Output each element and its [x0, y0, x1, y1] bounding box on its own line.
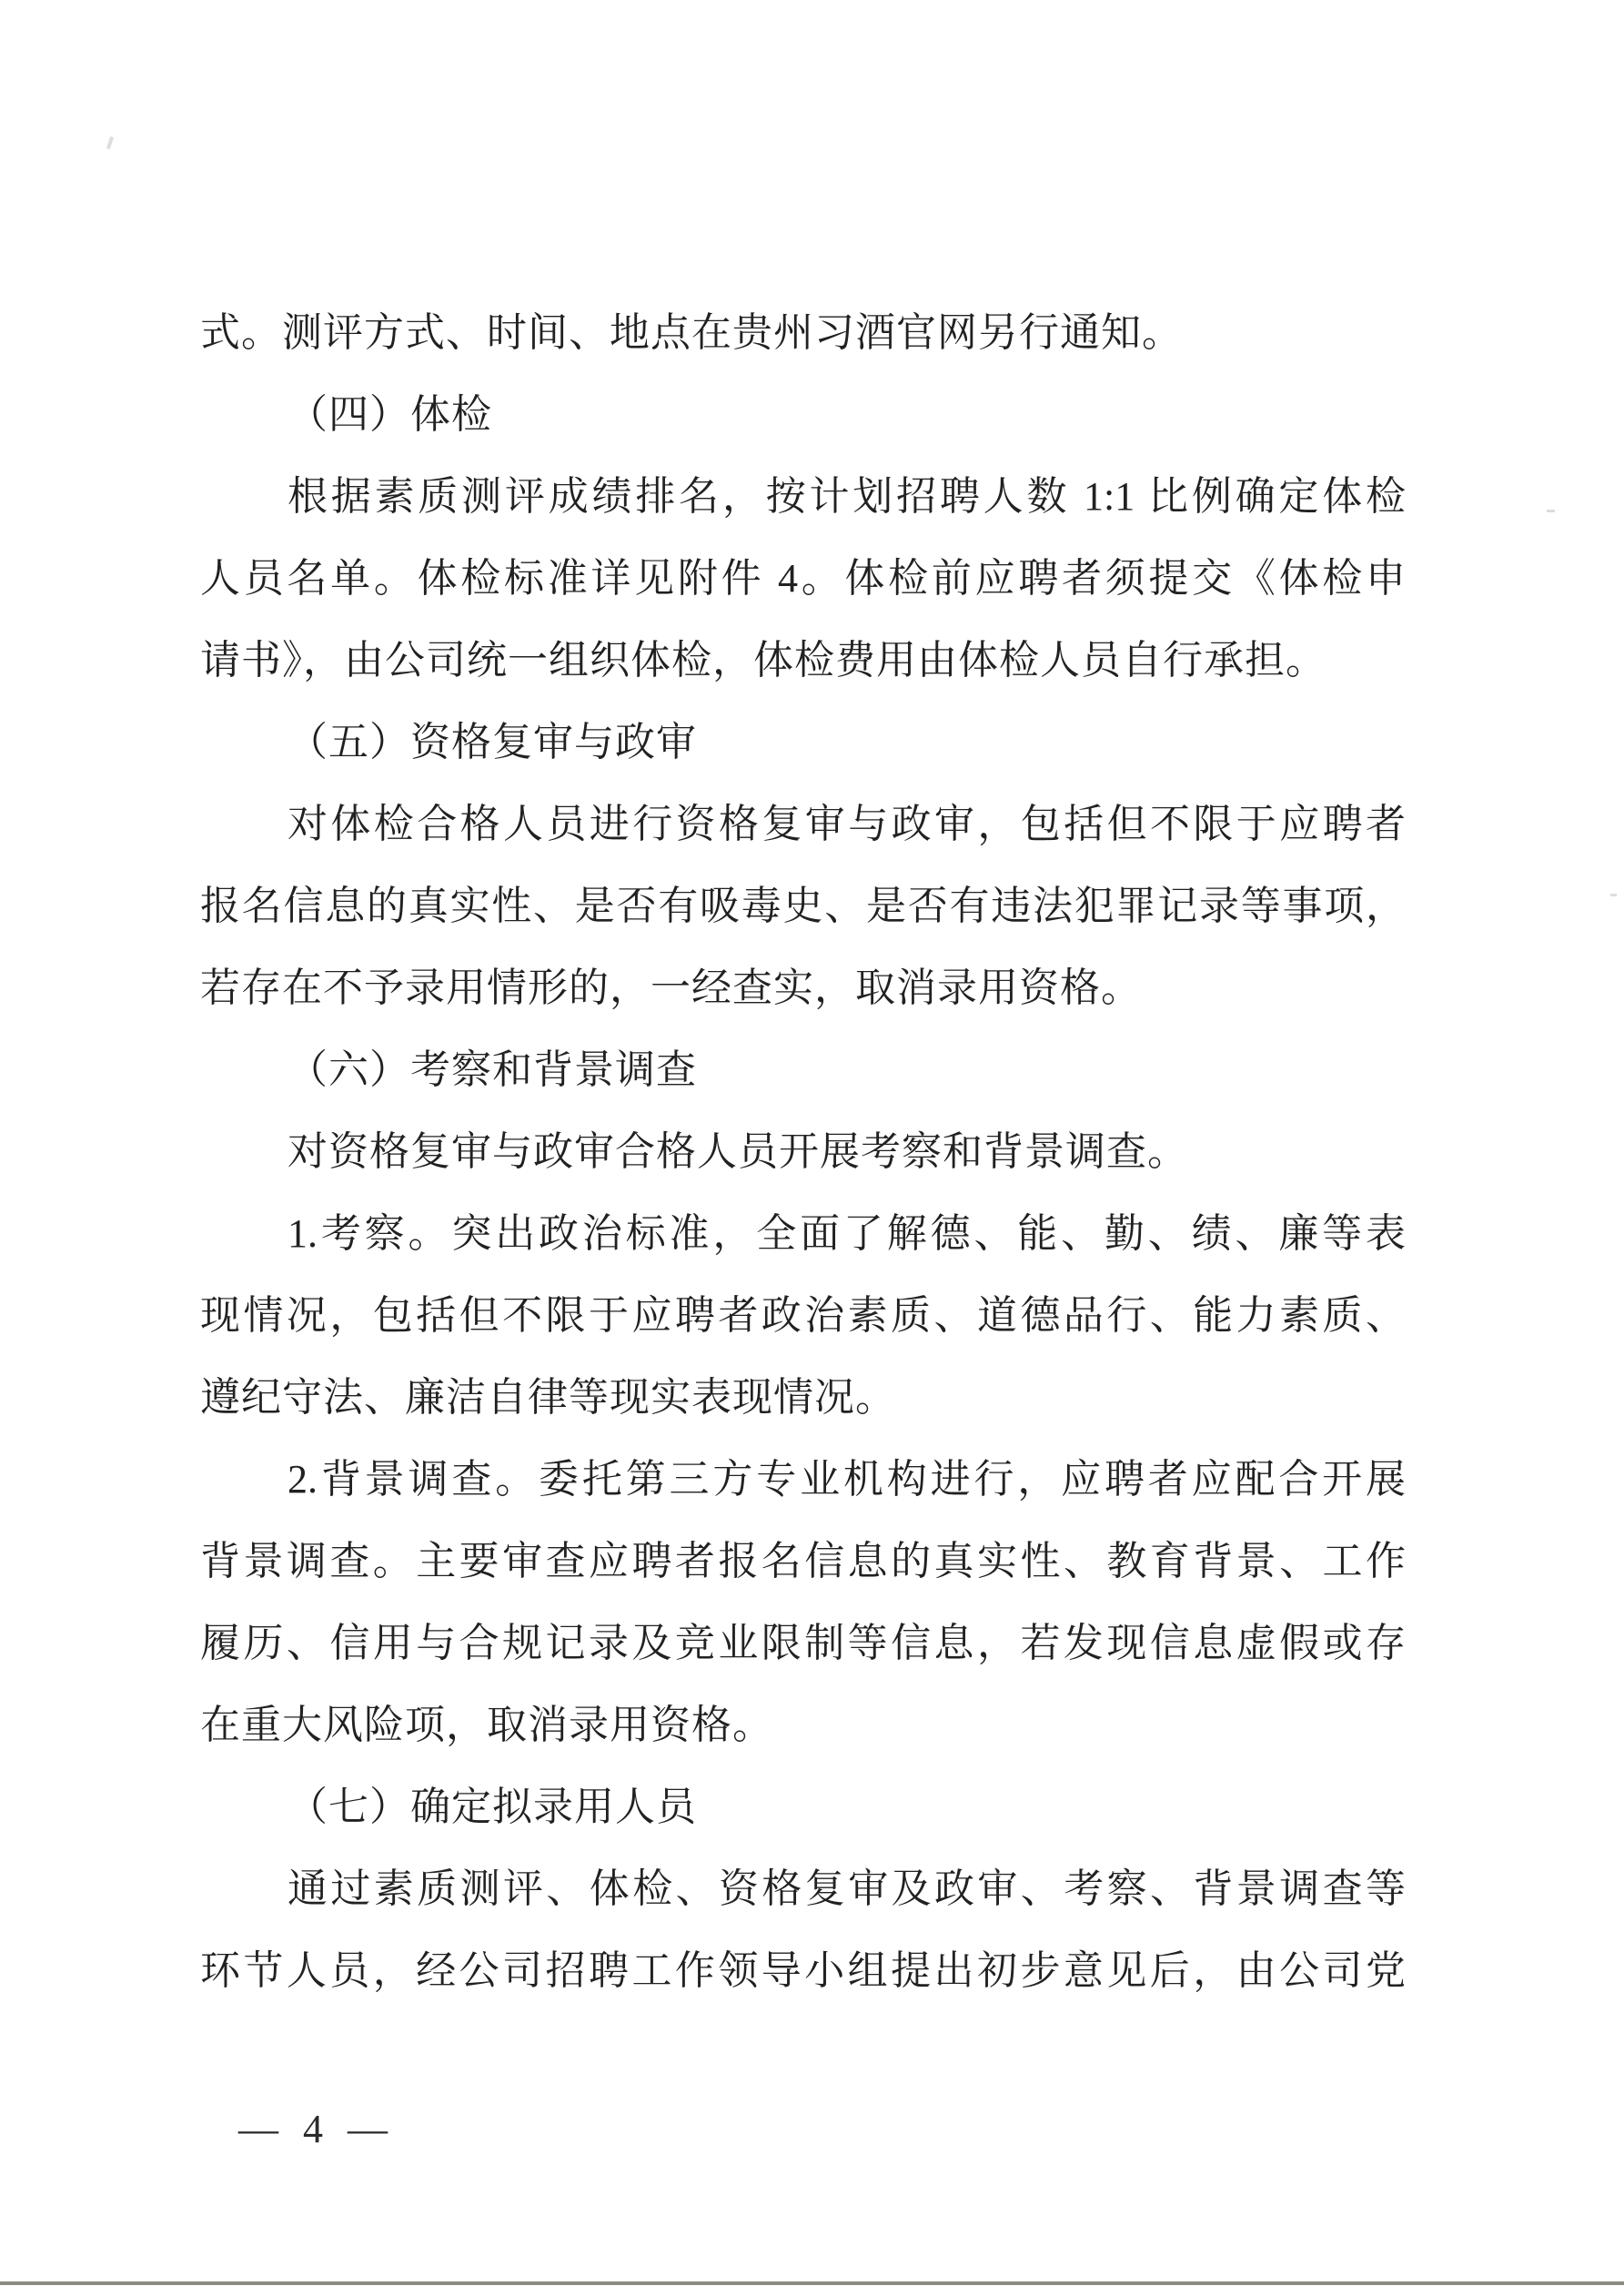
text-line: 背景调查。主要审查应聘者报名信息的真实性、教育背景、工作: [200, 1521, 1406, 1603]
section-heading: （六）考察和背景调查: [200, 1029, 1406, 1111]
text-body: 式。测评方式、时间、地点在贵州习酒官网另行通知。 （四）体检 根据素质测评成绩排…: [200, 292, 1406, 2012]
text-line: 履历、信用与合规记录及竞业限制等信息，若发现信息虚假或存: [200, 1603, 1406, 1684]
text-line: 报名信息的真实性、是否有吸毒史、是否有违法犯罪记录等事项，: [200, 865, 1406, 947]
text-line: 对资格复审与政审合格人员开展考察和背景调查。: [200, 1111, 1406, 1193]
text-line: 人员名单。体检标准详见附件 4。体检前应聘者须提交《体检申: [200, 538, 1406, 620]
scan-speck: [1610, 894, 1617, 896]
scan-edge-line: [0, 2281, 1624, 2285]
section-heading: （五）资格复审与政审: [200, 702, 1406, 784]
scan-speck: [1547, 510, 1555, 512]
scan-speck: [106, 137, 114, 150]
text-line: 2.背景调查。委托第三方专业机构进行，应聘者应配合开展: [200, 1439, 1406, 1521]
text-line: 通过素质测评、体检、资格复审及政审、考察、背景调查等: [200, 1848, 1406, 1930]
text-line: 对体检合格人员进行资格复审与政审，包括但不限于应聘者: [200, 784, 1406, 865]
document-page: 式。测评方式、时间、地点在贵州习酒官网另行通知。 （四）体检 根据素质测评成绩排…: [0, 0, 1624, 2296]
text-line: 1.考察。突出政治标准，全面了解德、能、勤、绩、廉等表: [200, 1193, 1406, 1275]
text-line: 根据素质测评成绩排名，按计划招聘人数 1:1 比例确定体检: [200, 456, 1406, 538]
page-number: — 4 —: [238, 2102, 395, 2157]
text-line: 遵纪守法、廉洁自律等现实表现情况。: [200, 1357, 1406, 1439]
text-line: 若存在不予录用情形的，一经查实，取消录用资格。: [200, 947, 1406, 1029]
text-line: 请书》，由公司统一组织体检，体检费用由体检人员自行承担。: [200, 620, 1406, 702]
section-heading: （四）体检: [200, 374, 1406, 456]
text-line: 式。测评方式、时间、地点在贵州习酒官网另行通知。: [200, 292, 1406, 374]
text-line: 现情况，包括但不限于应聘者政治素质、道德品行、能力素质、: [200, 1275, 1406, 1357]
section-heading: （七）确定拟录用人员: [200, 1766, 1406, 1848]
text-line: 在重大风险项，取消录用资格。: [200, 1684, 1406, 1766]
text-line: 环节人员，经公司招聘工作领导小组提出初步意见后，由公司党: [200, 1930, 1406, 2012]
